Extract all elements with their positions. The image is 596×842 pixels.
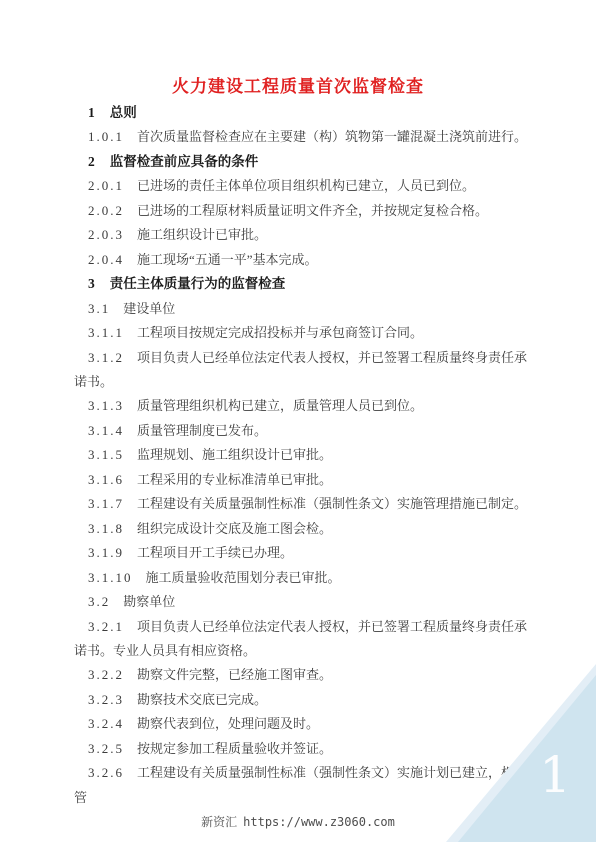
clause: 3.2.3勘察技术交底已完成。 <box>74 688 532 712</box>
clause-number: 2.0.3 <box>88 227 124 242</box>
clause: 1.0.1首次质量监督检查应在主要建（构）筑物第一罐混凝土浇筑前进行。 <box>74 125 532 149</box>
clause-number: 3.1.7 <box>88 496 124 511</box>
clause-text: 质量管理组织机构已建立，质量管理人员已到位。 <box>137 398 423 413</box>
document-body: 1总则1.0.1首次质量监督检查应在主要建（构）筑物第一罐混凝土浇筑前进行。2监… <box>74 101 532 810</box>
clause-number: 3.1.2 <box>88 350 124 365</box>
footer-site-url[interactable]: https://www.z3060.com <box>243 815 395 829</box>
clause: 3.1.2项目负责人已经单位法定代表人授权，并已签署工程质量终身责任承诺书。 <box>74 346 532 395</box>
clause-text: 工程项目按规定完成招投标并与承包商签订合同。 <box>137 325 423 340</box>
clause-text: 勘察文件完整，已经施工图审查。 <box>137 667 332 682</box>
clause: 3.2.2勘察文件完整，已经施工图审查。 <box>74 663 532 687</box>
clause-number: 3.2.3 <box>88 692 124 707</box>
clause-text: 项目负责人已经单位法定代表人授权，并已签署工程质量终身责任承诺书。 <box>74 350 527 389</box>
clause-number: 3.1.9 <box>88 545 124 560</box>
clause: 2.0.3施工组织设计已审批。 <box>74 223 532 247</box>
clause-text: 监理规划、施工组织设计已审批。 <box>137 447 332 462</box>
clause: 3.2.5按规定参加工程质量验收并签证。 <box>74 737 532 761</box>
clause: 2.0.1已进场的责任主体单位项目组织机构已建立，人员已到位。 <box>74 174 532 198</box>
clause-text: 工程建设有关质量强制性标准（强制性条文）实施计划已建立，相关管 <box>74 765 527 804</box>
section-heading: 2监督检查前应具备的条件 <box>74 150 532 174</box>
clause: 3.1.3质量管理组织机构已建立，质量管理人员已到位。 <box>74 394 532 418</box>
section-heading: 1总则 <box>74 101 532 125</box>
clause: 3.2.1项目负责人已经单位法定代表人授权，并已签署工程质量终身责任承诺书。专业… <box>74 615 532 664</box>
clause-text: 勘察单位 <box>123 594 175 609</box>
page-number: 1 <box>539 750 571 800</box>
clause: 3.1.7工程建设有关质量强制性标准（强制性条文）实施管理措施已制定。 <box>74 492 532 516</box>
page-footer: 新资汇https://www.z3060.com <box>0 813 596 830</box>
clause-text: 质量管理制度已发布。 <box>137 423 267 438</box>
clause-number: 2.0.4 <box>88 252 124 267</box>
clause-number: 3 <box>88 276 97 291</box>
clause-number: 3.2.2 <box>88 667 124 682</box>
clause: 3.1.6工程采用的专业标准清单已审批。 <box>74 468 532 492</box>
clause-number: 3.1.10 <box>88 570 133 585</box>
page-title: 火力建设工程质量首次监督检查 <box>0 72 596 97</box>
clause: 3.2.6工程建设有关质量强制性标准（强制性条文）实施计划已建立，相关管 <box>74 761 532 810</box>
clause-number: 1.0.1 <box>88 129 124 144</box>
clause: 3.2.4勘察代表到位，处理问题及时。 <box>74 712 532 736</box>
clause-number: 3.1.5 <box>88 447 124 462</box>
sub-section-heading: 3.2勘察单位 <box>74 590 532 614</box>
clause-text: 总则 <box>110 105 137 120</box>
clause-text: 监督检查前应具备的条件 <box>110 154 259 169</box>
clause-text: 施工组织设计已审批。 <box>137 227 267 242</box>
clause-text: 按规定参加工程质量验收并签证。 <box>137 741 332 756</box>
clause-text: 组织完成设计交底及施工图会检。 <box>137 521 332 536</box>
clause-number: 2 <box>88 154 97 169</box>
clause-text: 项目负责人已经单位法定代表人授权，并已签署工程质量终身责任承诺书。专业人员具有相… <box>74 619 527 658</box>
clause-number: 3.1 <box>88 301 110 316</box>
clause-number: 3.1.8 <box>88 521 124 536</box>
clause: 3.1.9工程项目开工手续已办理。 <box>74 541 532 565</box>
clause-text: 建设单位 <box>123 301 175 316</box>
clause-number: 3.1.3 <box>88 398 124 413</box>
clause-number: 2.0.1 <box>88 178 124 193</box>
clause-text: 施工质量验收范围划分表已审批。 <box>146 570 341 585</box>
clause-number: 3.2.4 <box>88 716 124 731</box>
clause-text: 工程建设有关质量强制性标准（强制性条文）实施管理措施已制定。 <box>137 496 527 511</box>
clause-text: 已进场的工程原材料质量证明文件齐全，并按规定复检合格。 <box>137 203 488 218</box>
clause: 2.0.2已进场的工程原材料质量证明文件齐全，并按规定复检合格。 <box>74 199 532 223</box>
clause-number: 3.1.4 <box>88 423 124 438</box>
clause-text: 施工现场“五通一平”基本完成。 <box>137 252 318 267</box>
clause-number: 3.1.1 <box>88 325 124 340</box>
clause: 3.1.1工程项目按规定完成招投标并与承包商签订合同。 <box>74 321 532 345</box>
clause-number: 2.0.2 <box>88 203 124 218</box>
section-heading: 3责任主体质量行为的监督检查 <box>74 272 532 296</box>
clause-text: 首次质量监督检查应在主要建（构）筑物第一罐混凝土浇筑前进行。 <box>137 129 527 144</box>
clause: 3.1.10施工质量验收范围划分表已审批。 <box>74 566 532 590</box>
clause: 3.1.4质量管理制度已发布。 <box>74 419 532 443</box>
clause-text: 工程项目开工手续已办理。 <box>137 545 293 560</box>
document-page: 火力建设工程质量首次监督检查 1总则1.0.1首次质量监督检查应在主要建（构）筑… <box>0 0 596 842</box>
sub-section-heading: 3.1建设单位 <box>74 297 532 321</box>
clause: 3.1.5监理规划、施工组织设计已审批。 <box>74 443 532 467</box>
clause-number: 3.2.5 <box>88 741 124 756</box>
clause: 3.1.8组织完成设计交底及施工图会检。 <box>74 517 532 541</box>
clause-number: 3.2 <box>88 594 110 609</box>
footer-site-name: 新资汇 <box>201 815 237 829</box>
clause-number: 1 <box>88 105 97 120</box>
clause-text: 勘察代表到位，处理问题及时。 <box>137 716 319 731</box>
clause-text: 已进场的责任主体单位项目组织机构已建立，人员已到位。 <box>137 178 475 193</box>
clause-number: 3.2.1 <box>88 619 124 634</box>
clause-text: 责任主体质量行为的监督检查 <box>110 276 286 291</box>
clause-text: 勘察技术交底已完成。 <box>137 692 267 707</box>
clause-text: 工程采用的专业标准清单已审批。 <box>137 472 332 487</box>
clause-number: 3.1.6 <box>88 472 124 487</box>
clause-number: 3.2.6 <box>88 765 124 780</box>
clause: 2.0.4施工现场“五通一平”基本完成。 <box>74 248 532 272</box>
